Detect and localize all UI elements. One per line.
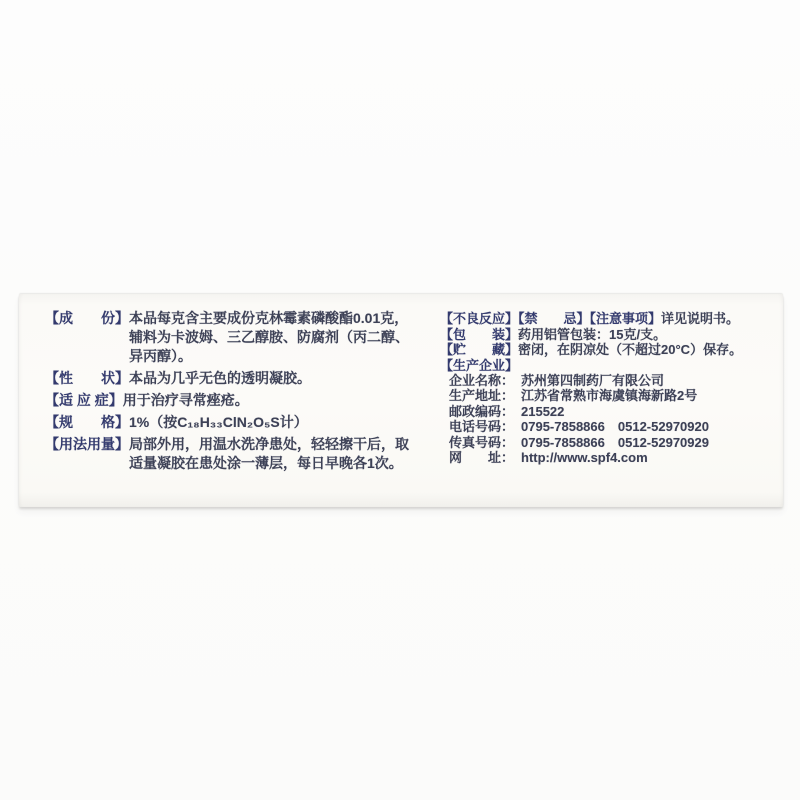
- section-text: 药用铝管包装：15克/支。: [518, 327, 666, 342]
- field-value: http://www.spf4.com: [521, 450, 648, 465]
- section-label: 【性 状】: [45, 369, 129, 388]
- section-ingredients: 【成 份】 本品每克含主要成份克林霉素磷酸酯0.01克， 辅料为卡波姆、三乙醇胺…: [45, 309, 431, 366]
- section-label: 【注意事项】: [590, 311, 662, 326]
- field-label: 企业名称：: [449, 373, 514, 388]
- section-text: 局部外用，用温水洗净患处，轻轻擦干后，取 适量凝胶在患处涂一薄层，每日早晚各1次…: [129, 435, 409, 473]
- section-indications: 【适 应 症】 用于治疗寻常痤疮。: [45, 391, 431, 410]
- section-text: 本品为几乎无色的透明凝胶。: [129, 369, 311, 388]
- product-photo: 【成 份】 本品每克含主要成份克林霉素磷酸酯0.01克， 辅料为卡波姆、三乙醇胺…: [0, 0, 800, 800]
- section-label: 【贮 藏】: [440, 342, 518, 357]
- fax-row: 传真号码： 0795-7858866 0512-52970929: [449, 435, 785, 450]
- website-row: 网 址： http://www.spf4.com: [449, 450, 785, 465]
- section-label: 【不良反应】: [440, 311, 518, 326]
- section-adverse-contraindication-precaution: 【不良反应】【禁 忌】【注意事项】详见说明书。: [440, 311, 785, 327]
- field-label: 电话号码：: [449, 419, 514, 434]
- section-storage: 【贮 藏】密闭，在阴凉处（不超过20°C）保存。: [440, 342, 785, 358]
- field-value: 江苏省常熟市海虞镇海新路2号: [521, 388, 697, 403]
- company-name-row: 企业名称： 苏州第四制药厂有限公司: [449, 373, 785, 388]
- section-text: 用于治疗寻常痤疮。: [123, 391, 249, 410]
- section-text: 密闭，在阴凉处（不超过20°C）保存。: [518, 342, 742, 357]
- section-label: 【用法用量】: [45, 435, 129, 454]
- section-label: 【生产企业】: [440, 358, 518, 373]
- section-label: 【规 格】: [45, 413, 129, 432]
- left-column: 【成 份】 本品每克含主要成份克林霉素磷酸酯0.01克， 辅料为卡波姆、三乙醇胺…: [45, 309, 431, 476]
- right-column: 【不良反应】【禁 忌】【注意事项】详见说明书。 【包 装】药用铝管包装：15克/…: [440, 311, 785, 465]
- phone-row: 电话号码： 0795-7858866 0512-52970920: [449, 419, 785, 434]
- section-manufacturer: 【生产企业】: [440, 358, 785, 374]
- section-packaging: 【包 装】药用铝管包装：15克/支。: [440, 327, 785, 343]
- field-label: 传真号码：: [449, 435, 514, 450]
- manufacturer-details: 企业名称： 苏州第四制药厂有限公司 生产地址： 江苏省常熟市海虞镇海新路2号 邮…: [449, 373, 785, 465]
- field-label: 生产地址：: [449, 388, 514, 403]
- field-value: 215522: [521, 404, 564, 419]
- section-label: 【包 装】: [440, 327, 518, 342]
- field-value: 0795-7858866 0512-52970929: [521, 435, 709, 450]
- section-properties: 【性 状】 本品为几乎无色的透明凝胶。: [45, 369, 431, 388]
- section-label: 【成 份】: [45, 309, 129, 328]
- section-dosage: 【用法用量】 局部外用，用温水洗净患处，轻轻擦干后，取 适量凝胶在患处涂一薄层，…: [45, 435, 431, 473]
- field-label: 邮政编码：: [449, 404, 514, 419]
- field-label: 网 址：: [449, 450, 514, 465]
- section-label: 【禁 忌】: [518, 311, 590, 326]
- field-value: 0795-7858866 0512-52970920: [521, 419, 709, 434]
- section-label: 【适 应 症】: [45, 391, 123, 410]
- section-text: 本品每克含主要成份克林霉素磷酸酯0.01克， 辅料为卡波姆、三乙醇胺、防腐剂（丙…: [129, 309, 409, 366]
- section-text: 1%（按C₁₈H₃₃ClN₂O₅S计）: [129, 413, 308, 432]
- address-row: 生产地址： 江苏省常熟市海虞镇海新路2号: [449, 388, 785, 403]
- package-back-panel: 【成 份】 本品每克含主要成份克林霉素磷酸酯0.01克， 辅料为卡波姆、三乙醇胺…: [19, 294, 783, 507]
- section-text: 详见说明书。: [661, 311, 739, 326]
- section-specification: 【规 格】 1%（按C₁₈H₃₃ClN₂O₅S计）: [45, 413, 431, 432]
- postcode-row: 邮政编码： 215522: [449, 404, 785, 419]
- field-value: 苏州第四制药厂有限公司: [521, 373, 664, 388]
